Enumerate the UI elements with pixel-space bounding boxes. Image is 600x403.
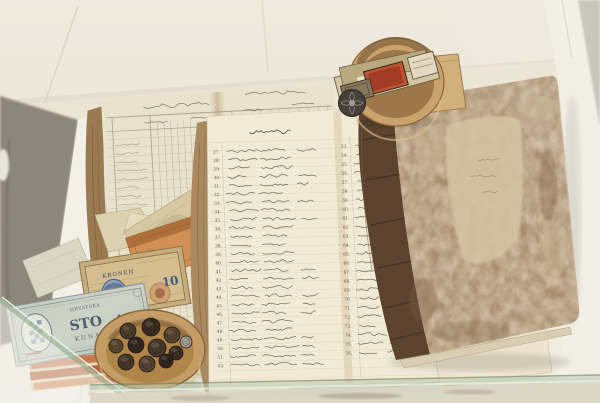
svg-text:31.: 31.	[214, 184, 221, 189]
svg-text:73.: 73.	[345, 325, 352, 330]
svg-text:53.: 53.	[341, 145, 348, 150]
svg-text:43.: 43.	[216, 287, 223, 292]
svg-text:67.: 67.	[344, 271, 351, 276]
svg-text:50.: 50.	[217, 347, 224, 352]
svg-text:52.: 52.	[218, 364, 225, 369]
coin	[109, 339, 123, 353]
svg-text:27.: 27.	[213, 150, 220, 155]
svg-text:68.: 68.	[344, 280, 351, 285]
svg-text:49.: 49.	[217, 338, 224, 343]
coin	[164, 327, 180, 343]
svg-text:40.: 40.	[215, 261, 222, 266]
coin	[142, 318, 160, 336]
coin	[139, 356, 155, 372]
svg-text:74.: 74.	[345, 334, 352, 339]
svg-text:64.: 64.	[343, 244, 350, 249]
svg-text:34.: 34.	[214, 210, 221, 215]
svg-text:56.: 56.	[342, 172, 349, 177]
svg-text:57.: 57.	[342, 181, 349, 186]
svg-text:36.: 36.	[215, 227, 222, 232]
svg-text:61.: 61.	[342, 217, 349, 222]
svg-text:45.: 45.	[216, 304, 223, 309]
svg-text:75.: 75.	[345, 343, 352, 348]
svg-text:70.: 70.	[344, 298, 351, 303]
coin	[120, 323, 136, 339]
coin	[128, 337, 144, 353]
svg-text:30.: 30.	[214, 176, 221, 181]
svg-text:46.: 46.	[216, 313, 223, 318]
svg-text:71.: 71.	[344, 307, 351, 312]
svg-text:59.: 59.	[342, 199, 349, 204]
svg-text:69.: 69.	[344, 289, 351, 294]
svg-text:72.: 72.	[345, 316, 352, 321]
svg-text:33.: 33.	[214, 202, 221, 207]
svg-text:38.: 38.	[215, 244, 222, 249]
coin	[118, 354, 134, 370]
svg-text:51.: 51.	[217, 355, 224, 360]
svg-text:54.: 54.	[341, 154, 348, 159]
svg-text:42.: 42.	[216, 279, 223, 284]
svg-text:65.: 65.	[343, 253, 350, 258]
svg-text:47.: 47.	[217, 321, 224, 326]
svg-text:35.: 35.	[214, 219, 221, 224]
svg-text:66.: 66.	[343, 262, 350, 267]
svg-text:39.: 39.	[215, 253, 222, 258]
svg-text:62.: 62.	[343, 226, 350, 231]
scene-canvas: 27.28.29.30.31.32.33.34.35.36.37.38.39.4…	[0, 0, 600, 403]
svg-text:32.: 32.	[214, 193, 221, 198]
svg-text:29.: 29.	[213, 167, 220, 172]
svg-text:37.: 37.	[215, 236, 222, 241]
svg-text:55.: 55.	[341, 163, 348, 168]
svg-text:63.: 63.	[343, 235, 350, 240]
svg-text:48.: 48.	[217, 330, 224, 335]
svg-text:58.: 58.	[342, 190, 349, 195]
coin	[159, 354, 173, 368]
svg-text:41.: 41.	[216, 270, 223, 275]
svg-text:76.: 76.	[345, 352, 352, 357]
svg-text:44.: 44.	[216, 296, 223, 301]
museum-display-photo: 27.28.29.30.31.32.33.34.35.36.37.38.39.4…	[0, 0, 600, 403]
svg-text:60.: 60.	[342, 208, 349, 213]
svg-text:28.: 28.	[213, 159, 220, 164]
